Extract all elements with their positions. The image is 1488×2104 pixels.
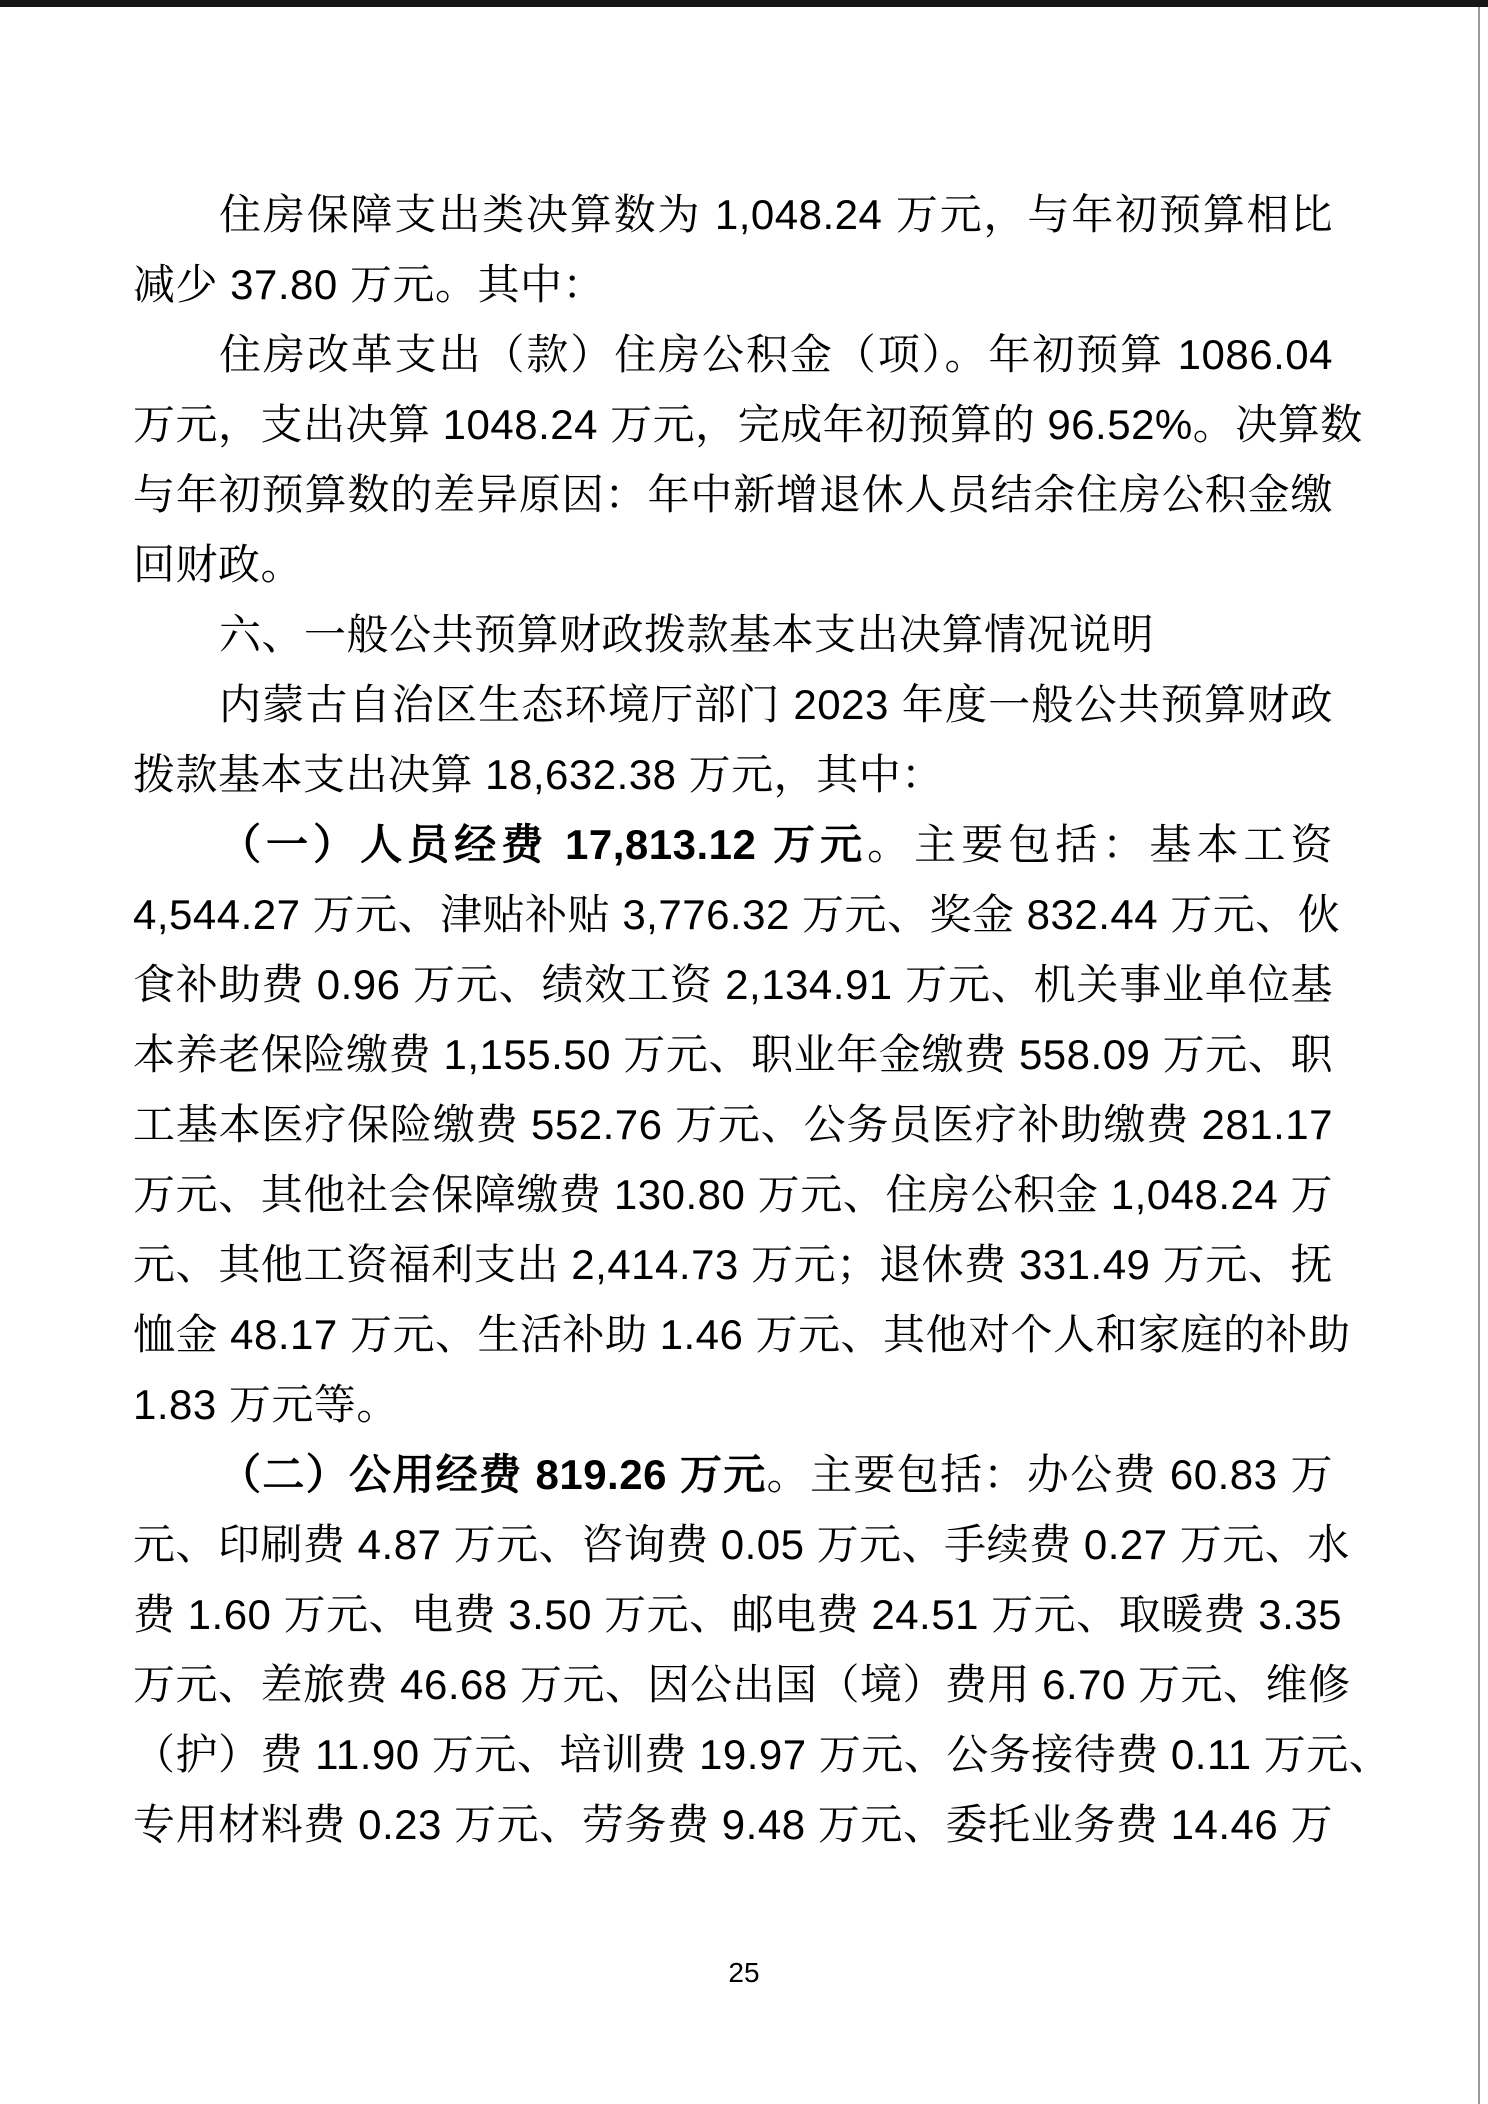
emphasis-text: （一）人员经费 17,813.12 万元 [219, 821, 867, 868]
text-line: 食补助费 0.96 万元、绩效工资 2,134.91 万元、机关事业单位基 [133, 950, 1333, 1020]
body-text: 元、印刷费 4.87 万元、咨询费 0.05 万元、手续费 0.27 万元、水 [133, 1521, 1350, 1568]
body-text: 六、一般公共预算财政拨款基本支出决算情况说明 [219, 611, 1154, 658]
text-line: 与年初预算数的差异原因：年中新增退休人员结余住房公积金缴 [133, 460, 1333, 530]
body-text: 内蒙古自治区生态环境厅部门 2023 年度一般公共预算财政 [219, 681, 1333, 728]
text-line: 恤金 48.17 万元、生活补助 1.46 万元、其他对个人和家庭的补助 [133, 1300, 1333, 1370]
text-line: 内蒙古自治区生态环境厅部门 2023 年度一般公共预算财政 [133, 670, 1333, 740]
body-text: 元、其他工资福利支出 2,414.73 万元；退休费 331.49 万元、抚 [133, 1241, 1333, 1288]
text-line: （护）费 11.90 万元、培训费 19.97 万元、公务接待费 0.11 万元… [133, 1720, 1333, 1790]
text-line: 工基本医疗保险缴费 552.76 万元、公务员医疗补助缴费 281.17 [133, 1090, 1333, 1160]
text-line: 本养老保险缴费 1,155.50 万元、职业年金缴费 558.09 万元、职 [133, 1020, 1333, 1090]
body-text: 减少 37.80 万元。其中： [133, 261, 605, 308]
text-line: 元、印刷费 4.87 万元、咨询费 0.05 万元、手续费 0.27 万元、水 [133, 1510, 1333, 1580]
text-line: 万元，支出决算 1048.24 万元，完成年初预算的 96.52%。决算数 [133, 390, 1333, 460]
body-text: 4,544.27 万元、津贴补贴 3,776.32 万元、奖金 832.44 万… [133, 891, 1340, 938]
body-text: 。主要包括：基本工资 [867, 821, 1333, 868]
body-text: 拨款基本支出决算 18,632.38 万元，其中： [133, 751, 944, 798]
document-body: 住房保障支出类决算数为 1,048.24 万元，与年初预算相比减少 37.80 … [133, 180, 1333, 1860]
text-line: （一）人员经费 17,813.12 万元。主要包括：基本工资 [133, 810, 1333, 880]
page-right-edge [1478, 7, 1480, 2104]
text-line: 六、一般公共预算财政拨款基本支出决算情况说明 [133, 600, 1333, 670]
text-line: 减少 37.80 万元。其中： [133, 250, 1333, 320]
text-line: 费 1.60 万元、电费 3.50 万元、邮电费 24.51 万元、取暖费 3.… [133, 1580, 1333, 1650]
body-text: 万元、其他社会保障缴费 130.80 万元、住房公积金 1,048.24 万 [133, 1171, 1333, 1218]
body-text: 本养老保险缴费 1,155.50 万元、职业年金缴费 558.09 万元、职 [133, 1031, 1333, 1078]
body-text: 住房改革支出（款）住房公积金（项）。年初预算 1086.04 [219, 331, 1333, 378]
emphasis-text: （二）公用经费 819.26 万元 [219, 1451, 767, 1498]
page-top-edge [0, 0, 1488, 7]
text-line: 1.83 万元等。 [133, 1370, 1333, 1440]
body-text: 。主要包括：办公费 60.83 万 [767, 1451, 1333, 1498]
body-text: 费 1.60 万元、电费 3.50 万元、邮电费 24.51 万元、取暖费 3.… [133, 1591, 1342, 1638]
text-line: 专用材料费 0.23 万元、劳务费 9.48 万元、委托业务费 14.46 万 [133, 1790, 1333, 1860]
text-line: 4,544.27 万元、津贴补贴 3,776.32 万元、奖金 832.44 万… [133, 880, 1333, 950]
body-text: 恤金 48.17 万元、生活补助 1.46 万元、其他对个人和家庭的补助 [133, 1311, 1351, 1358]
body-text: 工基本医疗保险缴费 552.76 万元、公务员医疗补助缴费 281.17 [133, 1101, 1333, 1148]
body-text: 专用材料费 0.23 万元、劳务费 9.48 万元、委托业务费 14.46 万 [133, 1801, 1333, 1848]
body-text: 与年初预算数的差异原因：年中新增退休人员结余住房公积金缴 [133, 471, 1333, 518]
body-text: 万元、差旅费 46.68 万元、因公出国（境）费用 6.70 万元、维修 [133, 1661, 1351, 1708]
page-number: 25 [0, 1956, 1488, 1990]
document-page: 住房保障支出类决算数为 1,048.24 万元，与年初预算相比减少 37.80 … [0, 0, 1488, 2104]
text-line: 万元、其他社会保障缴费 130.80 万元、住房公积金 1,048.24 万 [133, 1160, 1333, 1230]
text-line: 拨款基本支出决算 18,632.38 万元，其中： [133, 740, 1333, 810]
text-line: 万元、差旅费 46.68 万元、因公出国（境）费用 6.70 万元、维修 [133, 1650, 1333, 1720]
text-line: 元、其他工资福利支出 2,414.73 万元；退休费 331.49 万元、抚 [133, 1230, 1333, 1300]
body-text: 万元，支出决算 1048.24 万元，完成年初预算的 96.52%。决算数 [133, 401, 1363, 448]
body-text: 回财政。 [133, 541, 303, 588]
text-line: 住房保障支出类决算数为 1,048.24 万元，与年初预算相比 [133, 180, 1333, 250]
text-line: 回财政。 [133, 530, 1333, 600]
body-text: （护）费 11.90 万元、培训费 19.97 万元、公务接待费 0.11 万元… [133, 1731, 1391, 1778]
body-text: 住房保障支出类决算数为 1,048.24 万元，与年初预算相比 [219, 191, 1333, 238]
text-line: （二）公用经费 819.26 万元。主要包括：办公费 60.83 万 [133, 1440, 1333, 1510]
text-line: 住房改革支出（款）住房公积金（项）。年初预算 1086.04 [133, 320, 1333, 390]
body-text: 食补助费 0.96 万元、绩效工资 2,134.91 万元、机关事业单位基 [133, 961, 1333, 1008]
body-text: 1.83 万元等。 [133, 1381, 399, 1428]
